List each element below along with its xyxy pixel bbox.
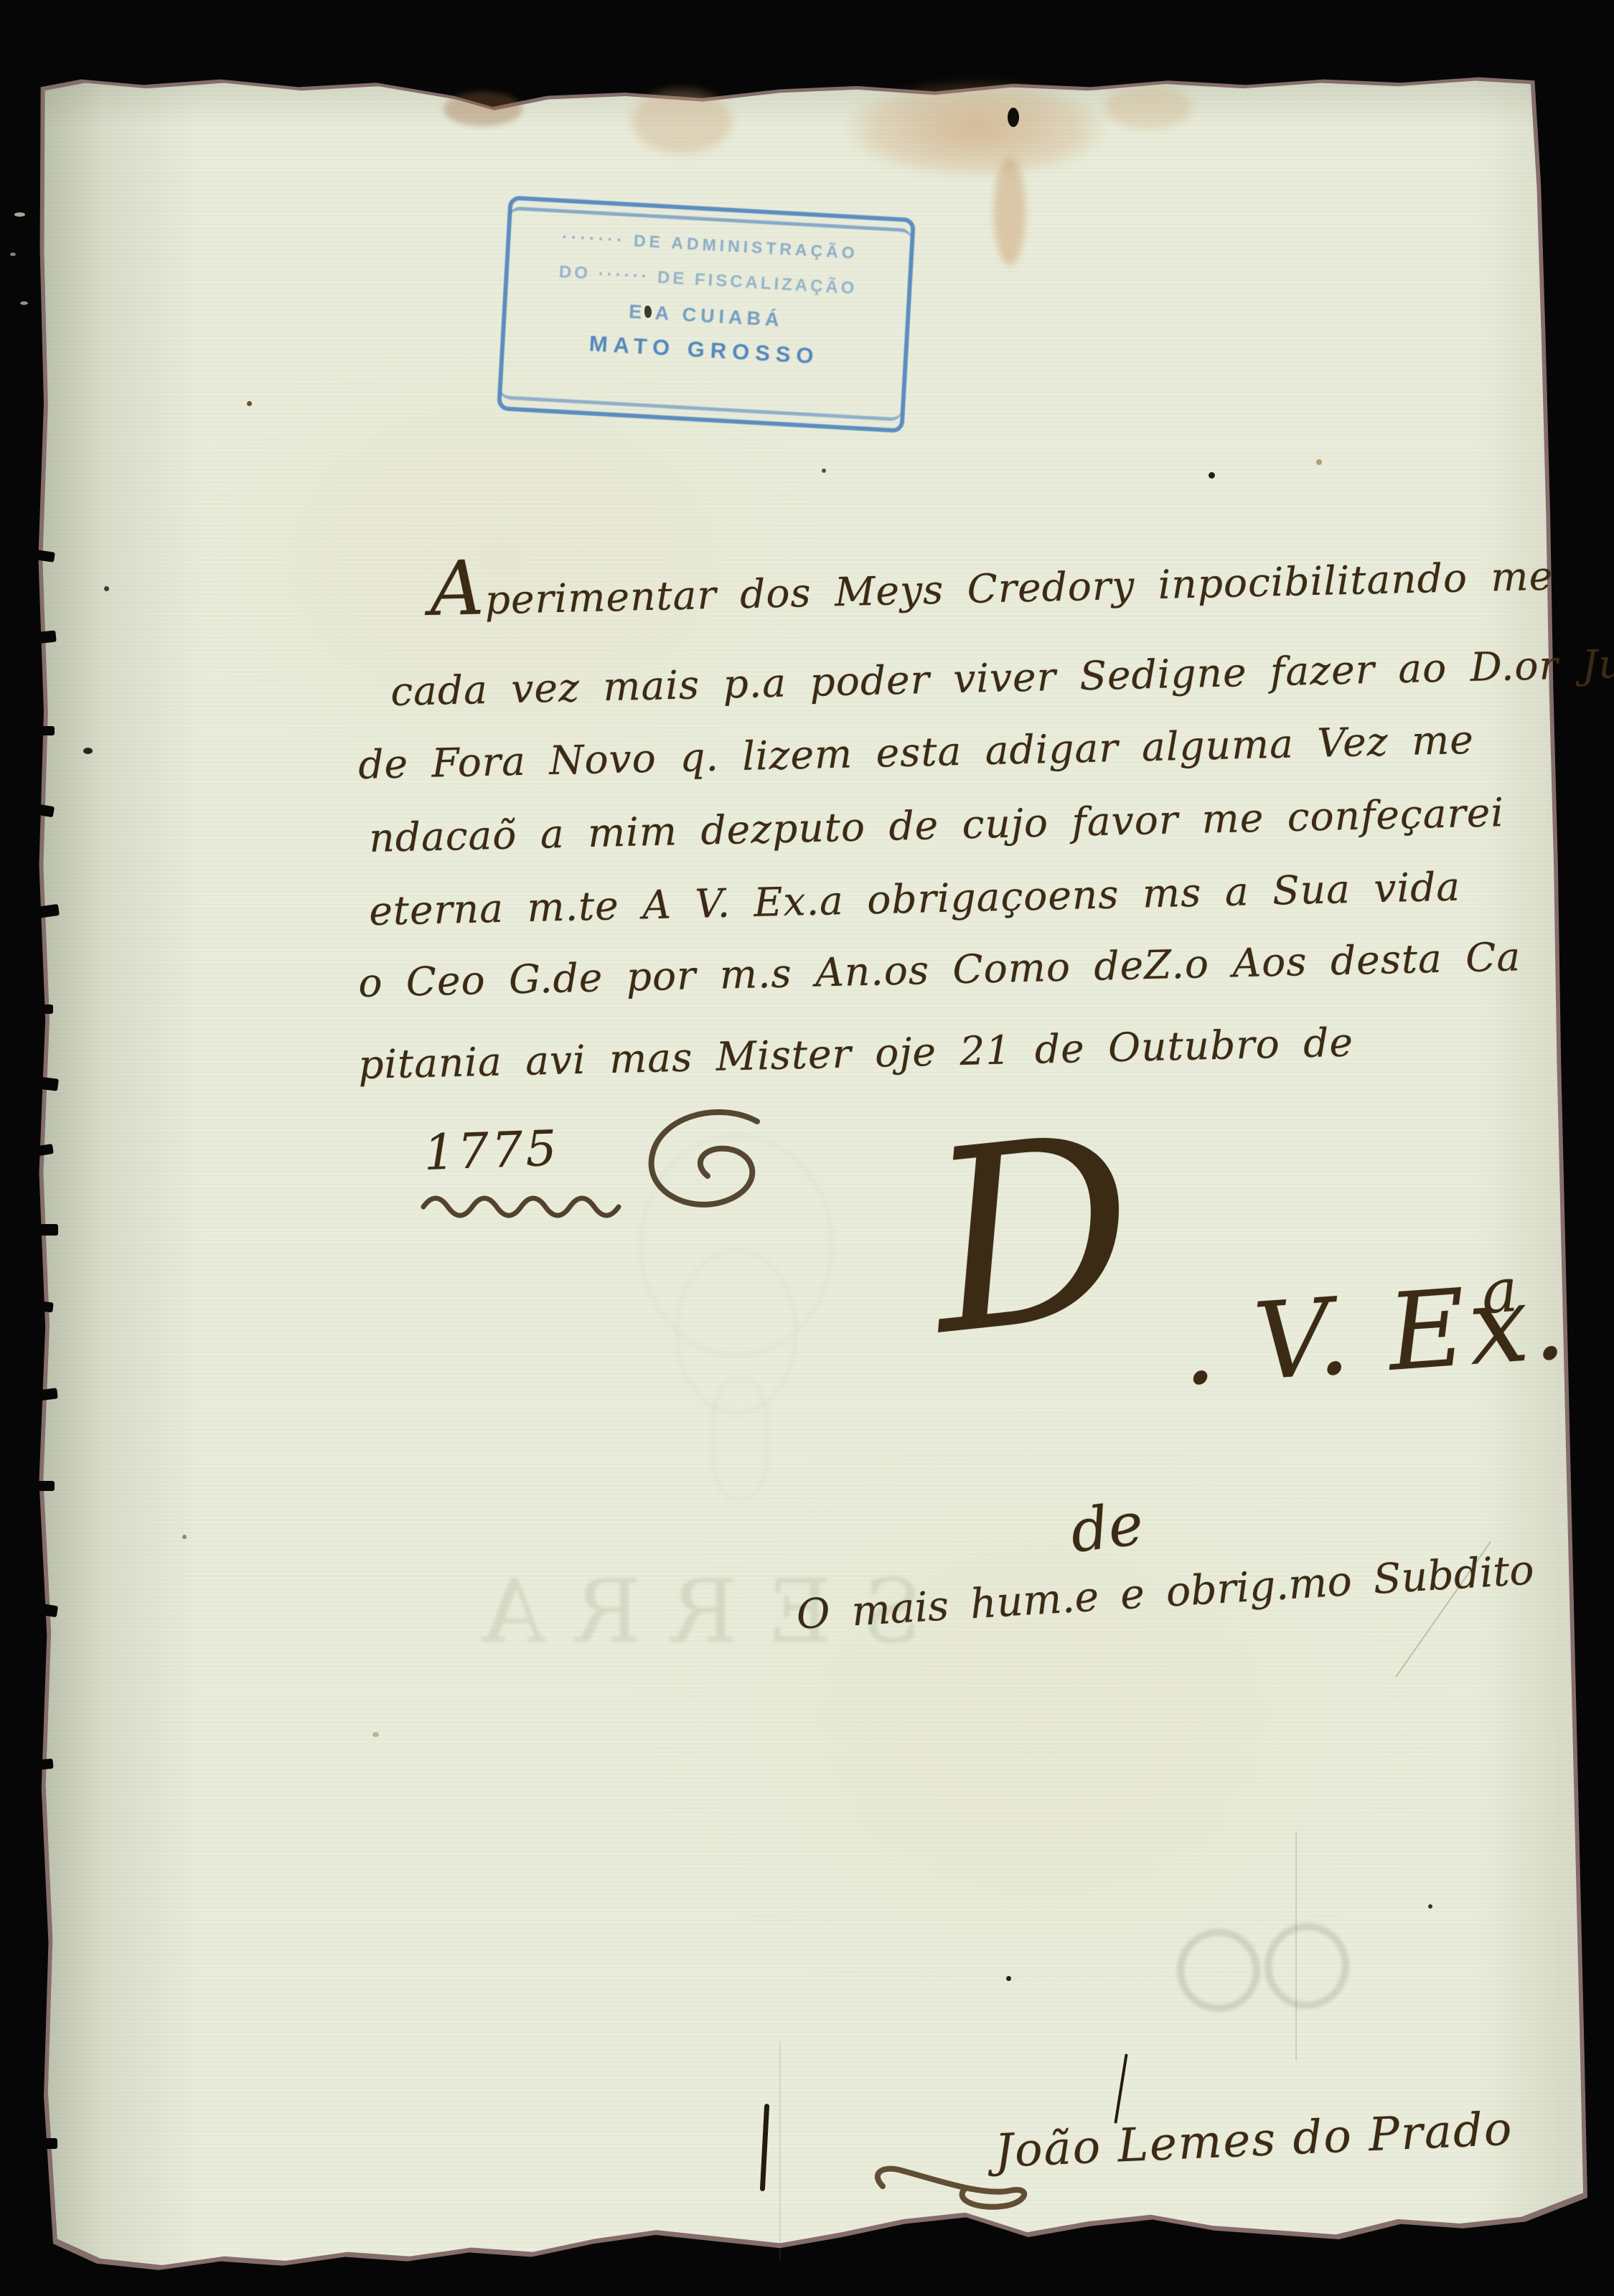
binding-notch [35, 550, 55, 562]
ink-speck [1006, 1976, 1011, 1981]
foxing-dot [1316, 459, 1322, 465]
foxing-dot [247, 401, 252, 406]
binding-notch [36, 1076, 59, 1091]
binding-notch [36, 1224, 58, 1236]
scanned-manuscript: SERRA ······· DE ADMINISTRAÇÃO DO ······… [0, 0, 1614, 2296]
valediction-superscript: a [1479, 1255, 1520, 1327]
archive-stamp: ······· DE ADMINISTRAÇÃO DO ······ DE FI… [497, 195, 916, 433]
ink-speck [1209, 472, 1215, 479]
valediction-initial: D [919, 1100, 1146, 1370]
ghost-seal-ring [1177, 1929, 1260, 2012]
margin-fleck [20, 301, 28, 305]
ink-speck [822, 469, 826, 473]
ink-speck [1428, 1904, 1432, 1909]
ink-flourish-underline [420, 1185, 624, 1221]
fold-crease [1295, 1831, 1297, 2061]
ink-speck [644, 306, 652, 318]
binding-notch [34, 1759, 53, 1770]
valediction-de: de [1066, 1490, 1147, 1566]
ink-speck [83, 748, 93, 754]
paper-hole [1008, 108, 1019, 127]
binding-notch [35, 1603, 58, 1617]
ink-flourish-spiral [632, 1109, 782, 1223]
margin-fleck [14, 212, 25, 217]
binding-notch [34, 630, 57, 644]
binding-notch [34, 1301, 53, 1313]
ink-speck [182, 1535, 187, 1539]
fold-crease [779, 2041, 781, 2260]
binding-notch [35, 1004, 53, 1014]
binding-notch [37, 726, 55, 735]
ink-speck [104, 586, 109, 591]
foxing-dot [372, 1732, 379, 1737]
margin-fleck [10, 253, 16, 256]
year-figure: 1775 [423, 1120, 560, 1182]
binding-notch [35, 1481, 55, 1491]
binding-notch [37, 2138, 57, 2149]
